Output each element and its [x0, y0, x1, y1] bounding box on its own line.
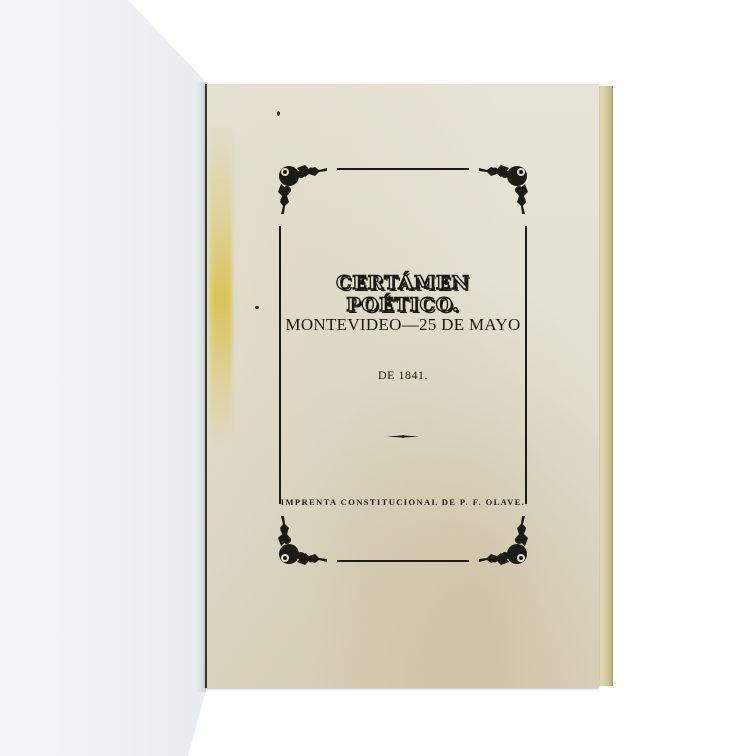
- frame-bottom-rule: [337, 560, 469, 562]
- frame-right-rule: [525, 226, 527, 504]
- tapered-rule-icon: [381, 435, 425, 438]
- place-date: MONTEVIDEO—25 DE MAYO: [279, 315, 527, 335]
- floral-corner-icon: [473, 162, 531, 220]
- ornamental-frame: CERTÁMEN POÉTICO. MONTEVIDEO—25 DE MAYO …: [279, 168, 527, 562]
- frame-top-rule: [337, 168, 469, 170]
- floral-corner-icon: [473, 510, 531, 568]
- title-page: CERTÁMEN POÉTICO. MONTEVIDEO—25 DE MAYO …: [205, 84, 599, 688]
- floral-corner-icon: [275, 510, 333, 568]
- floral-corner-icon: [275, 162, 333, 220]
- book-title: CERTÁMEN POÉTICO.: [279, 272, 527, 316]
- year-line: DE 1841.: [279, 368, 527, 383]
- ink-spot: [255, 306, 259, 309]
- blank-endpaper: [0, 0, 206, 756]
- foxing-stain: [210, 124, 232, 444]
- frame-left-rule: [279, 226, 281, 504]
- imprint-line: IMPRENTA CONSTITUCIONAL DE P. F. OLAVE.: [279, 497, 527, 507]
- ink-spot: [277, 111, 280, 116]
